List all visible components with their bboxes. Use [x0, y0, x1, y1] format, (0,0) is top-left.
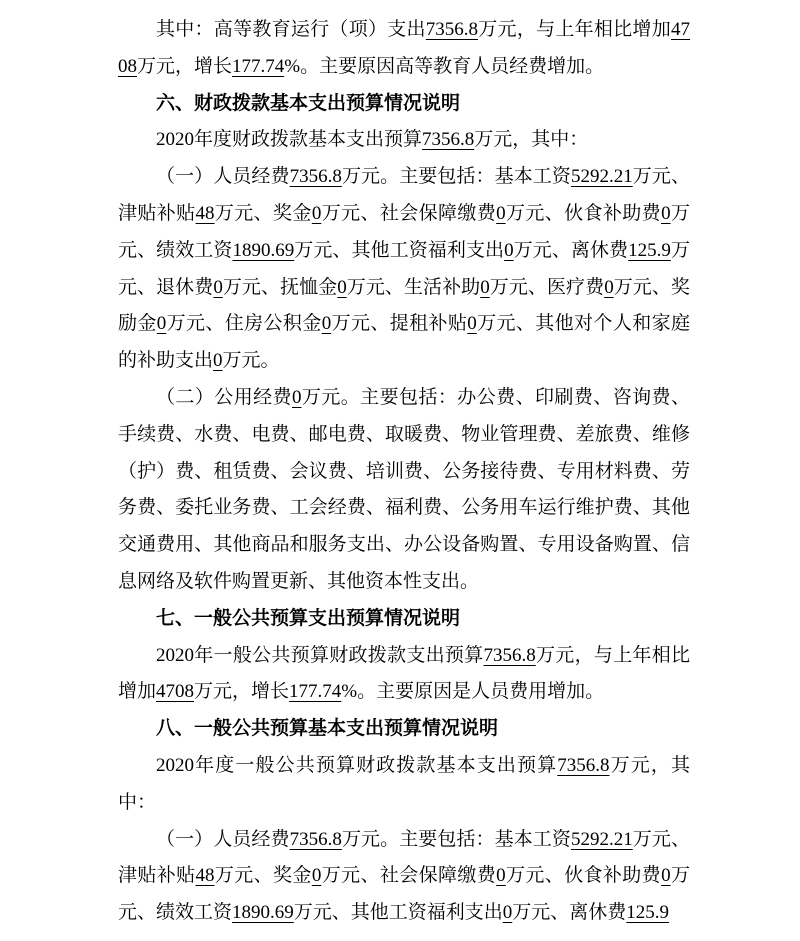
text-run: 万元，增长	[137, 56, 232, 77]
text-run: 万元、社会保障缴费	[321, 865, 496, 886]
underlined-value: 0	[480, 277, 490, 298]
underlined-value: 7356.8	[483, 645, 535, 666]
text-run: 万元、住房公积金	[166, 313, 321, 334]
text-run: 万元。主要包括：办公费、印刷费、咨询费、手续费、水费、电费、邮电费、取暖费、物业…	[118, 387, 690, 592]
underlined-value: 0	[337, 277, 347, 298]
underlined-value: 7356.8	[290, 829, 342, 850]
underlined-value: 1890.69	[232, 902, 294, 923]
underlined-value: 0	[604, 277, 614, 298]
paragraph: 2020年度一般公共预算财政拨款基本支出预算7356.8万元，其中：	[118, 748, 690, 822]
text-run: 万元，增长	[194, 681, 289, 702]
text-run: 六、财政拨款基本支出预算情况说明	[156, 93, 460, 114]
underlined-value: 7356.8	[290, 166, 342, 187]
underlined-value: 1890.69	[232, 240, 294, 261]
underlined-value: 0	[496, 203, 506, 224]
text-run: %。主要原因是人员费用增加。	[341, 681, 604, 702]
text-run: 万元、离休费	[514, 240, 629, 261]
text-run: 万元，与上年相比增加	[478, 19, 671, 40]
underlined-value: 7356.8	[557, 755, 609, 776]
text-run: 2020年一般公共预算财政拨款支出预算	[156, 645, 483, 666]
text-run: 万元、奖金	[215, 865, 312, 886]
underlined-value: 5292.21	[571, 166, 633, 187]
text-run: %。主要原因高等教育人员经费增加。	[284, 56, 604, 77]
text-run: 万元、其他工资福利支出	[294, 902, 503, 923]
text-run: 万元、抚恤金	[223, 277, 337, 298]
paragraph: （一）人员经费7356.8万元。主要包括：基本工资5292.21万元、津贴补贴4…	[118, 822, 690, 932]
underlined-value: 0	[213, 350, 223, 371]
underlined-value: 0	[312, 865, 322, 886]
underlined-value: 7356.8	[422, 129, 474, 150]
text-run: 万元、生活补助	[347, 277, 481, 298]
text-run: 其中：高等教育运行（项）支出	[156, 19, 426, 40]
text-run: 2020年度一般公共预算财政拨款基本支出预算	[156, 755, 557, 776]
text-run: 万元、提租补贴	[331, 313, 467, 334]
text-run: 万元、其他工资福利支出	[294, 240, 504, 261]
paragraph: 2020年一般公共预算财政拨款支出预算7356.8万元，与上年相比增加4708万…	[118, 638, 690, 712]
underlined-value: 5292.21	[571, 829, 633, 850]
underlined-value: 0	[504, 240, 514, 261]
section-heading: 六、财政拨款基本支出预算情况说明	[118, 86, 690, 123]
text-run: （二）公用经费	[156, 387, 292, 408]
text-run: 八、一般公共预算基本支出预算情况说明	[156, 718, 498, 739]
underlined-value: 0	[503, 902, 513, 923]
underlined-value: 0	[213, 277, 223, 298]
text-run: 万元、奖金	[215, 203, 312, 224]
underlined-value: 125.9	[626, 902, 669, 923]
text-run: （一）人员经费	[156, 829, 290, 850]
paragraph: 2020年度财政拨款基本支出预算7356.8万元，其中：	[118, 122, 690, 159]
text-run: 万元，其中：	[474, 129, 588, 150]
underlined-value: 0	[322, 313, 332, 334]
underlined-value: 0	[496, 865, 506, 886]
text-run: 万元、社会保障缴费	[321, 203, 496, 224]
text-run: 万元、医疗费	[490, 277, 604, 298]
underlined-value: 177.74	[289, 681, 341, 702]
text-run: （一）人员经费	[156, 166, 290, 187]
text-run: 万元。	[223, 350, 280, 371]
document-body: 其中：高等教育运行（项）支出7356.8万元，与上年相比增加4708万元，增长1…	[118, 12, 690, 932]
section-heading: 七、一般公共预算支出预算情况说明	[118, 601, 690, 638]
underlined-value: 0	[467, 313, 477, 334]
underlined-value: 177.74	[232, 56, 284, 77]
paragraph: 其中：高等教育运行（项）支出7356.8万元，与上年相比增加4708万元，增长1…	[118, 12, 690, 86]
underlined-value: 48	[196, 865, 215, 886]
document-page: 其中：高等教育运行（项）支出7356.8万元，与上年相比增加4708万元，增长1…	[0, 0, 800, 941]
paragraph: （一）人员经费7356.8万元。主要包括：基本工资5292.21万元、津贴补贴4…	[118, 159, 690, 380]
text-run: 万元。主要包括：基本工资	[342, 829, 571, 850]
text-run: 万元、伙食补助费	[506, 865, 661, 886]
underlined-value: 0	[157, 313, 167, 334]
underlined-value: 4708	[156, 681, 194, 702]
underlined-value: 7356.8	[426, 19, 478, 40]
underlined-value: 125.9	[628, 240, 671, 261]
section-heading: 八、一般公共预算基本支出预算情况说明	[118, 711, 690, 748]
text-run: 万元。主要包括：基本工资	[342, 166, 571, 187]
underlined-value: 0	[312, 203, 322, 224]
text-run: 万元、离休费	[512, 902, 626, 923]
text-run: 万元、伙食补助费	[506, 203, 661, 224]
text-run: 2020年度财政拨款基本支出预算	[156, 129, 422, 150]
paragraph: （二）公用经费0万元。主要包括：办公费、印刷费、咨询费、手续费、水费、电费、邮电…	[118, 380, 690, 601]
text-run: 七、一般公共预算支出预算情况说明	[156, 608, 460, 629]
underlined-value: 0	[661, 203, 671, 224]
underlined-value: 0	[661, 865, 671, 886]
underlined-value: 48	[196, 203, 215, 224]
